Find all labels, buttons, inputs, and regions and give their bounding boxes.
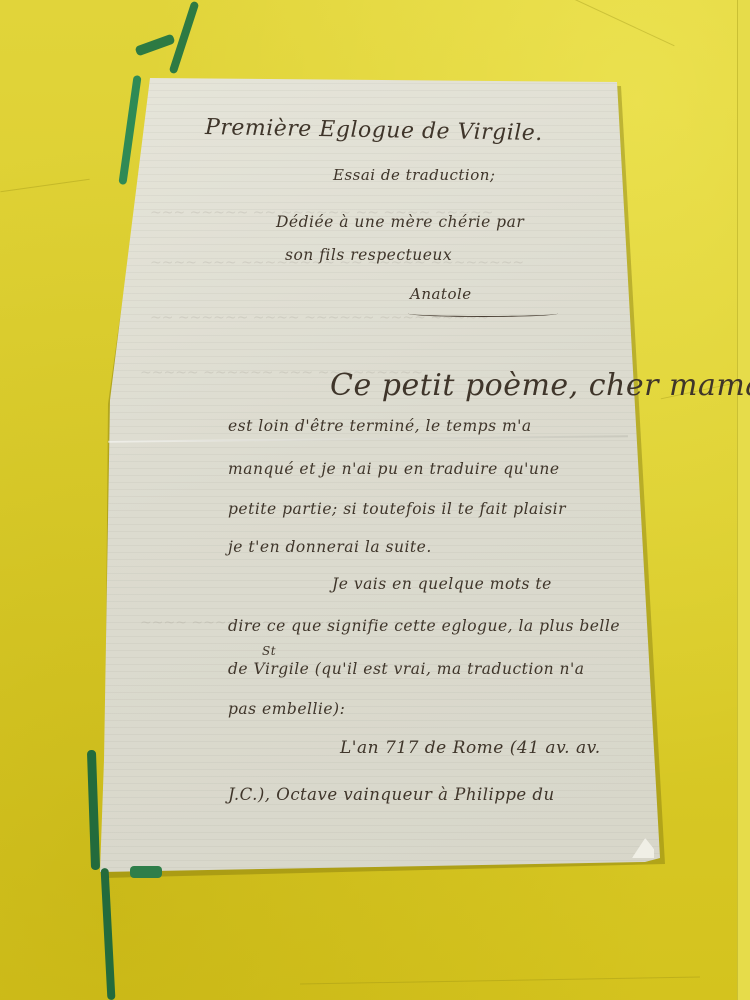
body-line: je t'en donnerai la suite. [228, 538, 432, 556]
document-subtitle: Essai de traduction; [333, 166, 495, 184]
body-line: L'an 717 de Rome (41 av. av. [340, 738, 601, 758]
body-line: de Virgile (qu'il est vrai, ma traductio… [228, 660, 585, 678]
interlinear-insertion: St [262, 644, 276, 658]
green-ribbon-bottom-knot [130, 866, 162, 878]
body-line: manqué et je n'ai pu en traduire qu'une [228, 460, 560, 478]
dedication-line-1: Dédiée à une mère chérie par [276, 213, 524, 231]
body-line: Ce petit poème, cher maman, [330, 368, 750, 403]
dedication-line-2: son fils respectueux [285, 246, 452, 264]
body-line-text: Ce petit poème, cher maman, [330, 368, 750, 403]
body-line: petite partie; si toutefois il te fait p… [228, 500, 566, 518]
body-line: J.C.), Octave vainqueur à Philippe du [228, 785, 555, 804]
signature-flourish [408, 310, 558, 317]
body-line: pas embellie): [228, 700, 345, 718]
body-line: Je vais en quelque mots te [332, 575, 552, 593]
body-line: dire ce que signifie cette eglogue, la p… [228, 617, 620, 635]
body-line: est loin d'être terminé, le temps m'a [228, 417, 532, 435]
signature: Anatole [410, 285, 472, 303]
backdrop-edge-strip [737, 0, 750, 1000]
